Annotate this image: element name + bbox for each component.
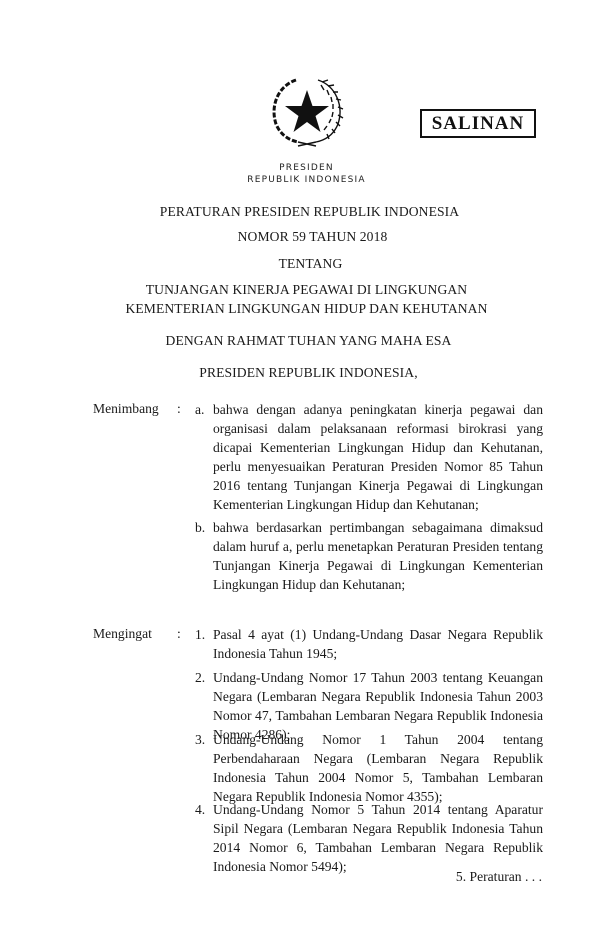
menimbang-colon: :	[177, 401, 181, 417]
about-heading: TENTANG	[4, 256, 613, 272]
menimbang-item: b. bahwa berdasarkan pertimbangan sebaga…	[195, 518, 543, 594]
item-mark: b.	[195, 518, 205, 537]
item-text: bahwa berdasarkan pertimbangan sebagaima…	[213, 518, 543, 594]
menimbang-item: a. bahwa dengan adanya peningkatan kiner…	[195, 400, 543, 514]
invocation: DENGAN RAHMAT TUHAN YANG MAHA ESA	[2, 333, 613, 349]
item-text: Undang-Undang Nomor 5 Tahun 2014 tentang…	[213, 800, 543, 876]
item-mark: 2.	[195, 668, 205, 687]
item-mark: 4.	[195, 800, 205, 819]
subject-line-2: KEMENTERIAN LINGKUNGAN HIDUP DAN KEHUTAN…	[0, 301, 613, 317]
document-page: SALINAN PRESIDEN REPUBLIK INDONESIA PERA…	[0, 0, 613, 934]
subject-line-1: TUNJANGAN KINERJA PEGAWAI DI LINGKUNGAN	[0, 282, 613, 298]
item-mark: 1.	[195, 625, 205, 644]
item-mark: a.	[195, 400, 204, 419]
continuation-marker: 5. Peraturan . . .	[456, 869, 542, 885]
regulation-title: PERATURAN PRESIDEN REPUBLIK INDONESIA	[3, 204, 613, 220]
mengingat-item: 3. Undang-Undang Nomor 1 Tahun 2004 tent…	[195, 730, 543, 806]
institution-line-2: REPUBLIK INDONESIA	[0, 175, 613, 185]
enactor: PRESIDEN REPUBLIK INDONESIA,	[2, 365, 613, 381]
mengingat-item: 1. Pasal 4 ayat (1) Undang-Undang Dasar …	[195, 625, 543, 663]
item-text: Undang-Undang Nomor 1 Tahun 2004 tentang…	[213, 730, 543, 806]
mengingat-label: Mengingat	[93, 626, 152, 642]
mengingat-item: 4. Undang-Undang Nomor 5 Tahun 2014 tent…	[195, 800, 543, 876]
salinan-stamp: SALINAN	[420, 109, 536, 138]
item-text: Pasal 4 ayat (1) Undang-Undang Dasar Neg…	[213, 625, 543, 663]
presidential-emblem-icon	[266, 76, 348, 148]
item-mark: 3.	[195, 730, 205, 749]
institution-line-1: PRESIDEN	[0, 163, 613, 173]
menimbang-label: Menimbang	[93, 401, 159, 417]
item-text: bahwa dengan adanya peningkatan kinerja …	[213, 400, 543, 514]
mengingat-colon: :	[177, 626, 181, 642]
regulation-number: NOMOR 59 TAHUN 2018	[6, 229, 613, 245]
